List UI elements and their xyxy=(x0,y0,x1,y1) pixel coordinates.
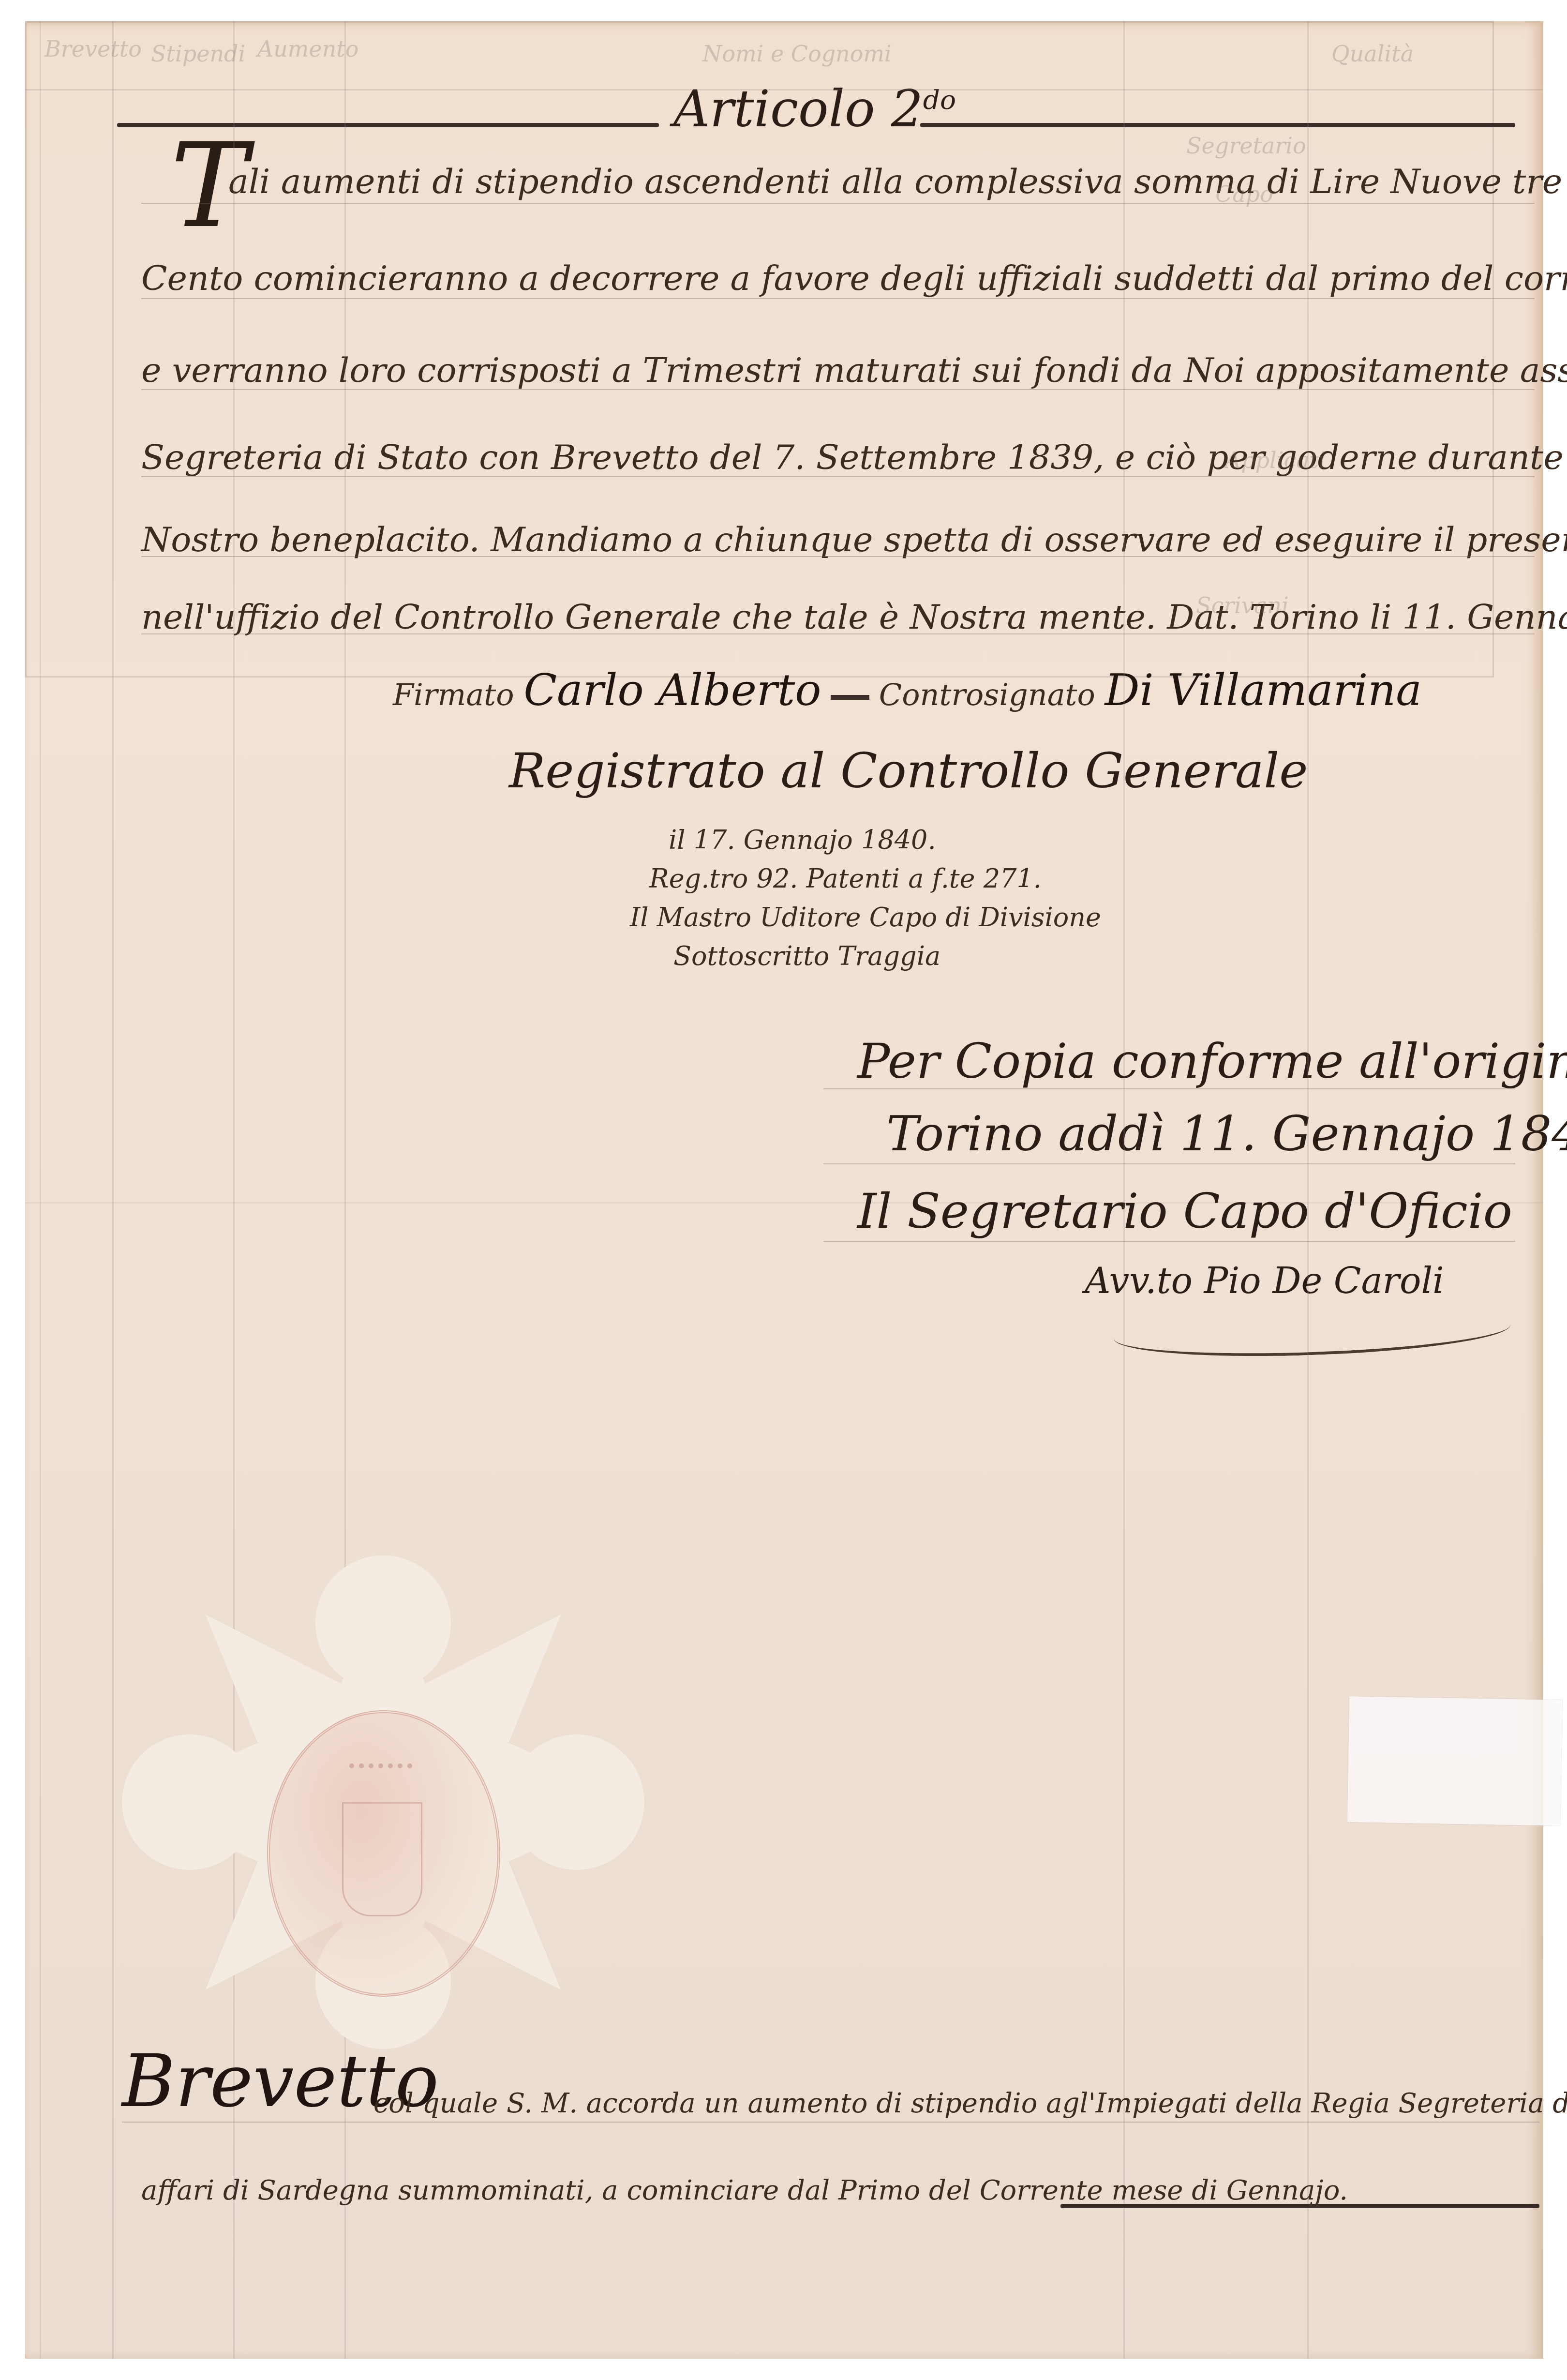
closing-rule xyxy=(1060,2204,1539,2208)
ghost-header: Brevetto xyxy=(45,36,142,62)
cover-note-line-2: affari di Sardegna summominati, a cominc… xyxy=(141,2175,1348,2206)
embossed-seal xyxy=(122,1555,644,2049)
ruled-line xyxy=(122,2122,1539,2123)
ghost-header: Stipendi xyxy=(151,41,245,67)
registration-title: Registrato al Controllo Generale xyxy=(509,742,1308,799)
ruled-line xyxy=(823,1088,1515,1089)
dash xyxy=(831,695,869,700)
body-line-2: Cento comincieranno a decorrere a favore… xyxy=(141,258,1567,298)
ruled-line xyxy=(141,476,1535,477)
ghost-header: Qualità xyxy=(1331,41,1414,67)
registration-office: Il Mastro Uditore Capo di Divisione xyxy=(630,902,1101,933)
body-line-6: nell'uffizio del Controllo Generale che … xyxy=(141,597,1567,637)
article-title: Articolo 2do xyxy=(673,79,956,138)
ruled-line xyxy=(141,298,1535,299)
registration-signed: Sottoscritto Traggia xyxy=(673,941,940,971)
body-line-1: ali aumenti di stipendio ascendenti alla… xyxy=(228,162,1567,201)
ghost-row: Capo xyxy=(1215,181,1273,207)
certified-copy-role: Il Segretario Capo d'Oficio xyxy=(857,1183,1512,1239)
ghost-header: Aumento xyxy=(257,36,359,62)
signed-name: Carlo Alberto xyxy=(523,665,821,716)
ruled-line xyxy=(141,389,1535,390)
ruled-line xyxy=(141,633,1535,634)
ghost-row: Scrivani xyxy=(1196,592,1289,618)
ruled-line xyxy=(823,1241,1515,1242)
registration-register: Reg.tro 92. Patenti a f.te 271. xyxy=(649,863,1042,894)
certified-copy-title: Per Copia conforme all'originale xyxy=(857,1033,1567,1089)
countersigned-label: Controsignato xyxy=(879,677,1095,712)
crown-icon xyxy=(349,1763,412,1793)
cover-note-line-1: col quale S. M. accorda un aumento di st… xyxy=(373,2088,1567,2119)
countersigned-name: Di Villamarina xyxy=(1105,665,1422,716)
tape-patch xyxy=(1347,1696,1562,1826)
ruled-line xyxy=(141,203,1535,204)
document-page: Articolo 2do T ali aumenti di stipendio … xyxy=(25,21,1543,2359)
signed-label: Firmato xyxy=(393,677,514,712)
certified-copy-place-date: Torino addì 11. Gennajo 1840. xyxy=(886,1105,1567,1162)
ruled-line xyxy=(141,556,1535,557)
signature-line: Firmato Carlo Alberto Controsignato Di V… xyxy=(393,665,1422,716)
ghost-row: Applicati xyxy=(1225,447,1326,473)
ghost-header: Nomi e Cognomi xyxy=(702,41,892,67)
registration-date: il 17. Gennajo 1840. xyxy=(669,825,936,855)
body-line-4: Segreteria di Stato con Brevetto del 7. … xyxy=(141,437,1567,477)
body-line-3: e verranno loro corrisposti a Trimestri … xyxy=(141,350,1567,390)
coat-of-arms-icon xyxy=(342,1802,422,1916)
ghost-row: Segretario xyxy=(1186,133,1306,159)
certified-copy-signer: Avv.to Pio De Caroli xyxy=(1085,1260,1444,1302)
body-line-5: Nostro beneplacito. Mandiamo a chiunque … xyxy=(141,520,1567,559)
ruled-line xyxy=(823,1163,1515,1164)
header-rule-right xyxy=(920,123,1515,127)
signature-flourish xyxy=(1113,1302,1511,1362)
